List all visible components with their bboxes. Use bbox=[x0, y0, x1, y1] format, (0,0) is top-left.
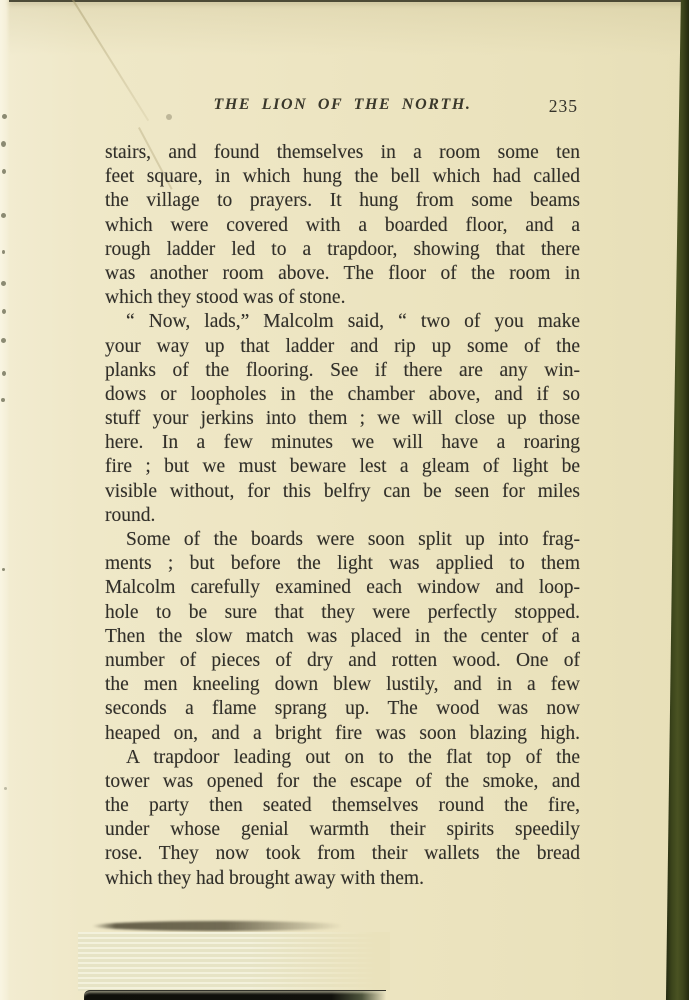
text-line: the party then seated themselves round t… bbox=[105, 794, 580, 818]
text-line: here. In a few minutes we will have a ro… bbox=[105, 431, 580, 455]
text-line: number of pieces of dry and rotten wood.… bbox=[105, 649, 580, 673]
text-line: fire ; but we must beware lest a gleam o… bbox=[105, 455, 580, 479]
text-block: stairs, and found themselves in a room s… bbox=[105, 141, 580, 891]
text-line: rose. They now took from their wallets t… bbox=[105, 842, 580, 866]
page-top-edge-shadow bbox=[9, 0, 689, 2]
text-line: the village to prayers. It hung from som… bbox=[105, 189, 580, 213]
text-line: under whose genial warmth their spirits … bbox=[105, 818, 580, 842]
text-line: which were covered with a boarded floor,… bbox=[105, 214, 580, 238]
edge-speck bbox=[2, 250, 5, 254]
paragraph: “ Now, lads,” Malcolm said, “ two of you… bbox=[105, 310, 580, 528]
edge-speck bbox=[2, 114, 7, 119]
page-edge-shadow bbox=[92, 921, 348, 931]
edge-speck bbox=[2, 169, 6, 174]
edge-speck bbox=[1, 141, 6, 147]
text-line: visible without, for this belfry can be … bbox=[105, 480, 580, 504]
text-line: heaped on, and a bright fire was soon bl… bbox=[105, 722, 580, 746]
edge-speck bbox=[2, 371, 6, 376]
text-line: stuff your jerkins into them ; we will c… bbox=[105, 407, 580, 431]
text-line: A trapdoor leading out on to the flat to… bbox=[105, 746, 580, 770]
page-left-edge bbox=[0, 0, 10, 1000]
text-line: stairs, and found themselves in a room s… bbox=[105, 141, 580, 165]
edge-speck bbox=[1, 338, 6, 343]
edge-speck bbox=[1, 398, 5, 402]
text-line: was another room above. The floor of the… bbox=[105, 262, 580, 286]
text-line: ments ; but before the light was applied… bbox=[105, 552, 580, 576]
text-line: Malcolm carefully examined each window a… bbox=[105, 576, 580, 600]
book-page-scan: THE LION OF THE NORTH. 235 stairs, and f… bbox=[0, 0, 689, 1000]
text-line: round. bbox=[105, 504, 580, 528]
page-number: 235 bbox=[549, 96, 578, 117]
paragraph: Some of the boards were soon split up in… bbox=[105, 528, 580, 746]
book-binding-strip bbox=[665, 0, 689, 1000]
text-line: your way up that ladder and rip up some … bbox=[105, 335, 580, 359]
text-line: Then the slow match was placed in the ce… bbox=[105, 625, 580, 649]
text-line: dows or loopholes in the chamber above, … bbox=[105, 383, 580, 407]
text-line: seconds a flame sprang up. The wood was … bbox=[105, 697, 580, 721]
edge-speck bbox=[2, 309, 6, 314]
text-line: Some of the boards were soon split up in… bbox=[105, 528, 580, 552]
text-line: planks of the flooring. See if there are… bbox=[105, 359, 580, 383]
text-line: which they had brought away with them. bbox=[105, 867, 580, 891]
text-line: feet square, in which hung the bell whic… bbox=[105, 165, 580, 189]
text-line: which they stood was of stone. bbox=[105, 286, 580, 310]
paragraph: A trapdoor leading out on to the flat to… bbox=[105, 746, 580, 891]
text-line: rough ladder led to a trapdoor, showing … bbox=[105, 238, 580, 262]
text-line: “ Now, lads,” Malcolm said, “ two of you… bbox=[105, 310, 580, 334]
text-line: hole to be sure that they were perfectly… bbox=[105, 601, 580, 625]
edge-speck bbox=[4, 787, 7, 790]
bottom-page-stack bbox=[78, 932, 390, 991]
edge-speck bbox=[1, 213, 6, 218]
text-line: the men kneeling down blew lustily, and … bbox=[105, 673, 580, 697]
running-head-row: THE LION OF THE NORTH. 235 bbox=[105, 96, 580, 118]
bottom-book-board bbox=[84, 990, 386, 1000]
edge-speck bbox=[2, 568, 5, 571]
edge-speck bbox=[1, 281, 6, 286]
running-head-title: THE LION OF THE NORTH. bbox=[213, 96, 471, 113]
text-line: tower was opened for the escape of the s… bbox=[105, 770, 580, 794]
paragraph: stairs, and found themselves in a room s… bbox=[105, 141, 580, 310]
